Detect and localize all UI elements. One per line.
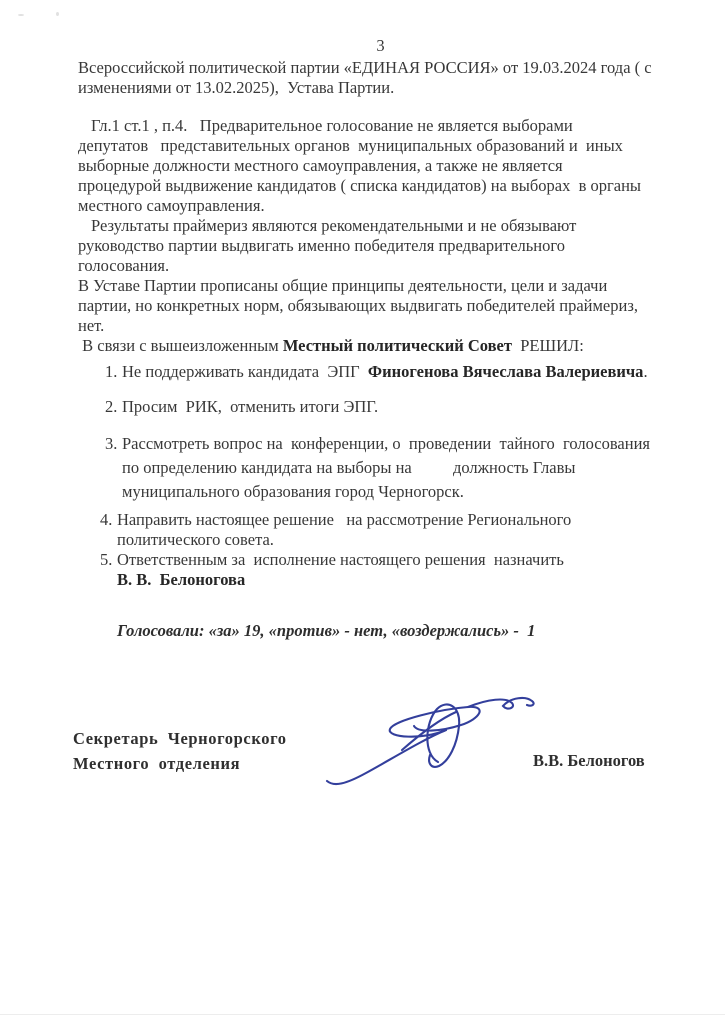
text-line: В Уставе Партии прописаны общие принципы… bbox=[78, 276, 683, 296]
resolution-item-text: Рассмотреть вопрос на конференции, о про… bbox=[122, 432, 683, 504]
paragraph-party-charter: В Уставе Партии прописаны общие принципы… bbox=[78, 276, 683, 336]
text-line: муниципального образования город Черного… bbox=[122, 480, 683, 504]
document-body: 3 Всероссийской политической партии «ЕДИ… bbox=[78, 36, 683, 641]
responsible-person-name: В. В. Белоногова bbox=[117, 570, 683, 590]
resolution-item-4: 4. Направить настоящее решение на рассмо… bbox=[100, 510, 683, 550]
text-line: Ответственным за исполнение настоящего р… bbox=[117, 550, 683, 570]
intro-prefix: В связи с вышеизложенным bbox=[78, 336, 283, 355]
text-line: Не поддерживать кандидата ЭПГ Финогенова… bbox=[122, 362, 683, 382]
text-line: В связи с вышеизложенным Местный политич… bbox=[78, 336, 683, 356]
item1-suffix: . bbox=[643, 362, 647, 381]
paragraph-party-documents: Всероссийской политической партии «ЕДИНА… bbox=[78, 58, 683, 98]
candidate-name: Финогенова Вячеслава Валериевича bbox=[368, 362, 644, 381]
handwritten-signature-icon bbox=[320, 692, 552, 788]
text-line: местного самоуправления. bbox=[78, 196, 683, 216]
list-number: 2. bbox=[105, 397, 122, 417]
text-line: Просим РИК, отменить итоги ЭПГ. bbox=[122, 397, 683, 417]
text-line: Всероссийской политической партии «ЕДИНА… bbox=[78, 58, 683, 78]
voting-results-line: Голосовали: «за» 19, «против» - нет, «во… bbox=[117, 621, 683, 641]
resolution-item-3: 3. Рассмотреть вопрос на конференции, о … bbox=[105, 432, 683, 504]
document-page: 3 Всероссийской политической партии «ЕДИ… bbox=[0, 0, 725, 1024]
text-line: голосования. bbox=[78, 256, 683, 276]
paragraph-regulation-clause: Гл.1 ст.1 , п.4. Предварительное голосов… bbox=[78, 116, 683, 216]
text-line: депутатов представительных органов муниц… bbox=[78, 136, 683, 156]
signatory-title: Секретарь Черногорского Местного отделен… bbox=[73, 726, 287, 776]
page-number: 3 bbox=[78, 36, 683, 56]
resolution-item-text: Ответственным за исполнение настоящего р… bbox=[117, 550, 683, 590]
text-line: руководство партии выдвигать именно побе… bbox=[78, 236, 683, 256]
scan-edge bbox=[0, 1014, 725, 1015]
text-line: нет. bbox=[78, 316, 683, 336]
resolution-item-1: 1. Не поддерживать кандидата ЭПГ Финоген… bbox=[105, 362, 683, 382]
list-number: 4. bbox=[100, 510, 117, 530]
text-line: политического совета. bbox=[117, 530, 683, 550]
resolution-item-5: 5. Ответственным за исполнение настоящег… bbox=[100, 550, 683, 590]
list-number: 1. bbox=[105, 362, 122, 382]
resolution-item-text: Просим РИК, отменить итоги ЭПГ. bbox=[122, 397, 683, 417]
text-line: процедурой выдвижение кандидатов ( списк… bbox=[78, 176, 683, 196]
resolution-item-text: Не поддерживать кандидата ЭПГ Финогенова… bbox=[122, 362, 683, 382]
resolution-item-text: Направить настоящее решение на рассмотре… bbox=[117, 510, 683, 550]
item1-prefix: Не поддерживать кандидата ЭПГ bbox=[122, 362, 368, 381]
paragraph-primaries-results: Результаты праймериз являются рекомендат… bbox=[78, 216, 683, 276]
scan-artifact bbox=[18, 14, 24, 16]
resolution-item-2: 2. Просим РИК, отменить итоги ЭПГ. bbox=[105, 397, 683, 417]
text-line: Рассмотреть вопрос на конференции, о про… bbox=[122, 432, 683, 456]
scan-artifact bbox=[56, 12, 59, 16]
text-line: выборные должности местного самоуправлен… bbox=[78, 156, 683, 176]
text-line: Направить настоящее решение на рассмотре… bbox=[117, 510, 683, 530]
local-political-council-name: Местный политический Совет bbox=[283, 336, 512, 355]
intro-suffix: РЕШИЛ: bbox=[512, 336, 584, 355]
text-line: Местного отделения bbox=[73, 751, 287, 776]
text-line: Секретарь Черногорского bbox=[73, 726, 287, 751]
text-line: по определению кандидата на выборы на до… bbox=[122, 456, 683, 480]
text-line: изменениями от 13.02.2025), Устава Парти… bbox=[78, 78, 683, 98]
list-number: 3. bbox=[105, 432, 122, 456]
paragraph-resolution-intro: В связи с вышеизложенным Местный политич… bbox=[78, 336, 683, 356]
text-line: Результаты праймериз являются рекомендат… bbox=[78, 216, 683, 236]
text-line: Гл.1 ст.1 , п.4. Предварительное голосов… bbox=[78, 116, 683, 136]
signatory-name: В.В. Белоногов bbox=[533, 751, 645, 771]
signature-icon bbox=[320, 692, 552, 788]
list-number: 5. bbox=[100, 550, 117, 570]
text-line: партии, но конкретных норм, обязывающих … bbox=[78, 296, 683, 316]
